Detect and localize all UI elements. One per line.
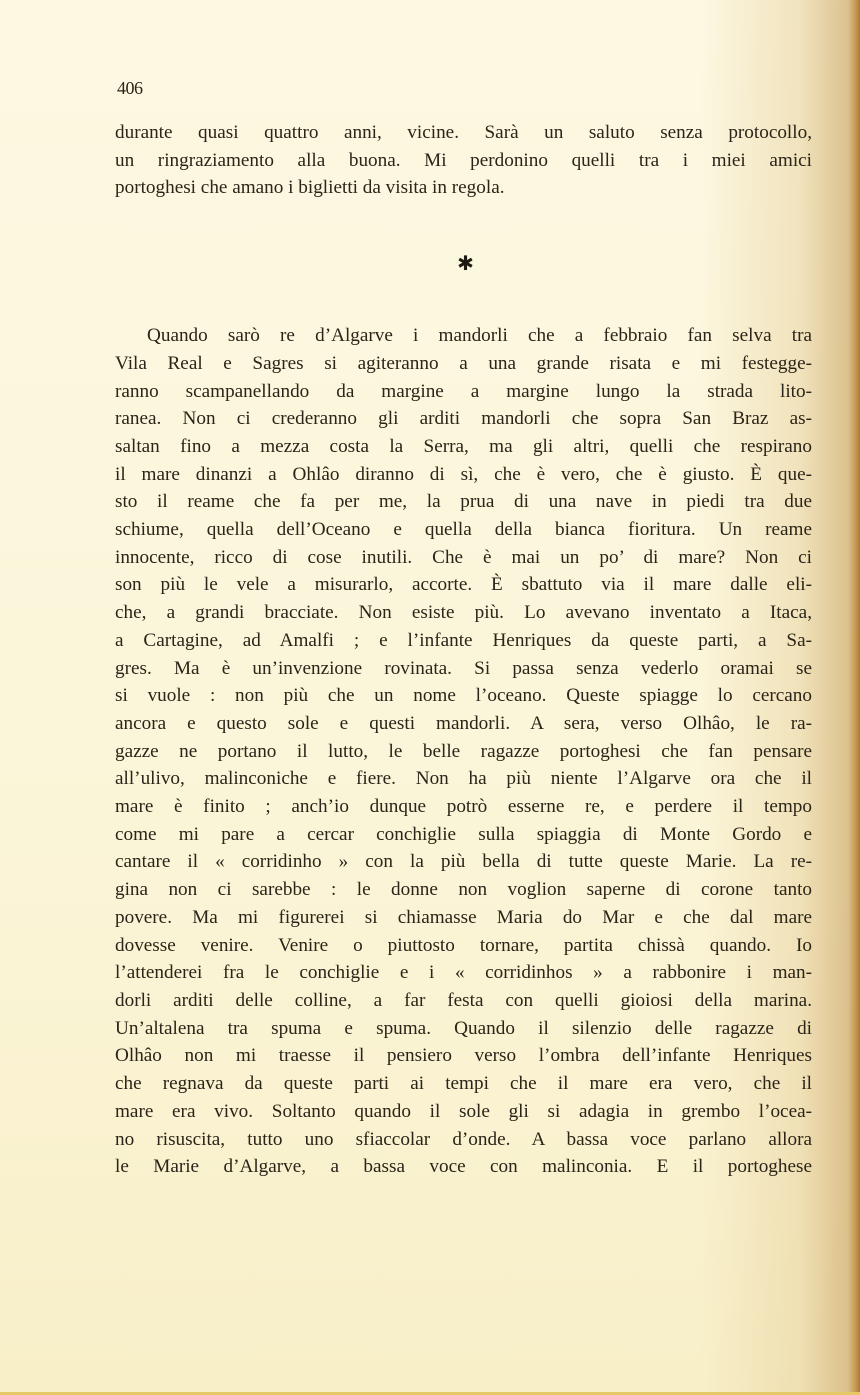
text-line: Un’altalena tra spuma e spuma. Quando il…: [115, 1015, 812, 1043]
text-line: durante quasi quattro anni, vicine. Sarà…: [115, 119, 812, 147]
text-line: cantare il « corridinho » con la più bel…: [115, 848, 812, 876]
text-line: dovesse venire. Venire o piuttosto torna…: [115, 932, 812, 960]
text-line: Quando sarò re d’Algarve i mandorli che …: [115, 322, 812, 350]
text-line: innocente, ricco di cose inutili. Che è …: [115, 544, 812, 572]
text-line: gina non ci sarebbe : le donne non vogli…: [115, 876, 812, 904]
text-line: all’ulivo, malinconiche e fiere. Non ha …: [115, 765, 812, 793]
text-line: gazze ne portano il lutto, le belle raga…: [115, 738, 812, 766]
text-line: ranea. Non ci crederanno gli arditi mand…: [115, 405, 812, 433]
text-line: saltan fino a mezza costa la Serra, ma g…: [115, 433, 812, 461]
opening-paragraph: durante quasi quattro anni, vicine. Sarà…: [115, 119, 812, 202]
text-line: Vila Real e Sagres si agiteranno a una g…: [115, 350, 812, 378]
text-line: ranno scampanellando da margine a margin…: [115, 378, 812, 406]
book-page: 406 durante quasi quattro anni, vicine. …: [0, 0, 860, 1395]
page-number: 406: [117, 78, 812, 99]
asterisk-icon: ✱: [457, 253, 474, 275]
text-line: no risuscita, tutto uno sfiaccolar d’ond…: [115, 1126, 812, 1154]
text-line: son più le vele a misurarlo, accorte. È …: [115, 571, 812, 599]
text-line: che regnava da queste parti ai tempi che…: [115, 1070, 812, 1098]
text-line: come mi pare a cercar conchiglie sulla s…: [115, 821, 812, 849]
text-line: dorli arditi delle colline, a far festa …: [115, 987, 812, 1015]
text-line: si vuole : non più che un nome l’oceano.…: [115, 682, 812, 710]
text-line: a Cartagine, ad Amalfi ; e l’infante Hen…: [115, 627, 812, 655]
text-line: le Marie d’Algarve, a bassa voce con mal…: [115, 1153, 812, 1181]
text-line: sto il reame che fa per me, la prua di u…: [115, 488, 812, 516]
text-line: Olhâo non mi traesse il pensiero verso l…: [115, 1042, 812, 1070]
text-line: povere. Ma mi figurerei si chiamasse Mar…: [115, 904, 812, 932]
text-line: l’attenderei fra le conchiglie e i « cor…: [115, 959, 812, 987]
section-separator: ✱: [115, 254, 812, 274]
text-line: un ringraziamento alla buona. Mi perdoni…: [115, 147, 812, 175]
text-line: mare era vivo. Soltanto quando il sole g…: [115, 1098, 812, 1126]
text-line: schiume, quella dell’Oceano e quella del…: [115, 516, 812, 544]
text-line: che, a grandi bracciate. Non esiste più.…: [115, 599, 812, 627]
text-line: portoghesi che amano i biglietti da visi…: [115, 174, 812, 202]
text-line: il mare dinanzi a Ohlâo diranno di sì, c…: [115, 461, 812, 489]
main-paragraph: Quando sarò re d’Algarve i mandorli che …: [115, 322, 812, 1181]
text-line: mare è finito ; anch’io dunque potrò ess…: [115, 793, 812, 821]
text-line: gres. Ma è un’invenzione rovinata. Si pa…: [115, 655, 812, 683]
text-line: ancora e questo sole e questi mandorli. …: [115, 710, 812, 738]
page-text-block: 406 durante quasi quattro anni, vicine. …: [115, 78, 812, 1181]
